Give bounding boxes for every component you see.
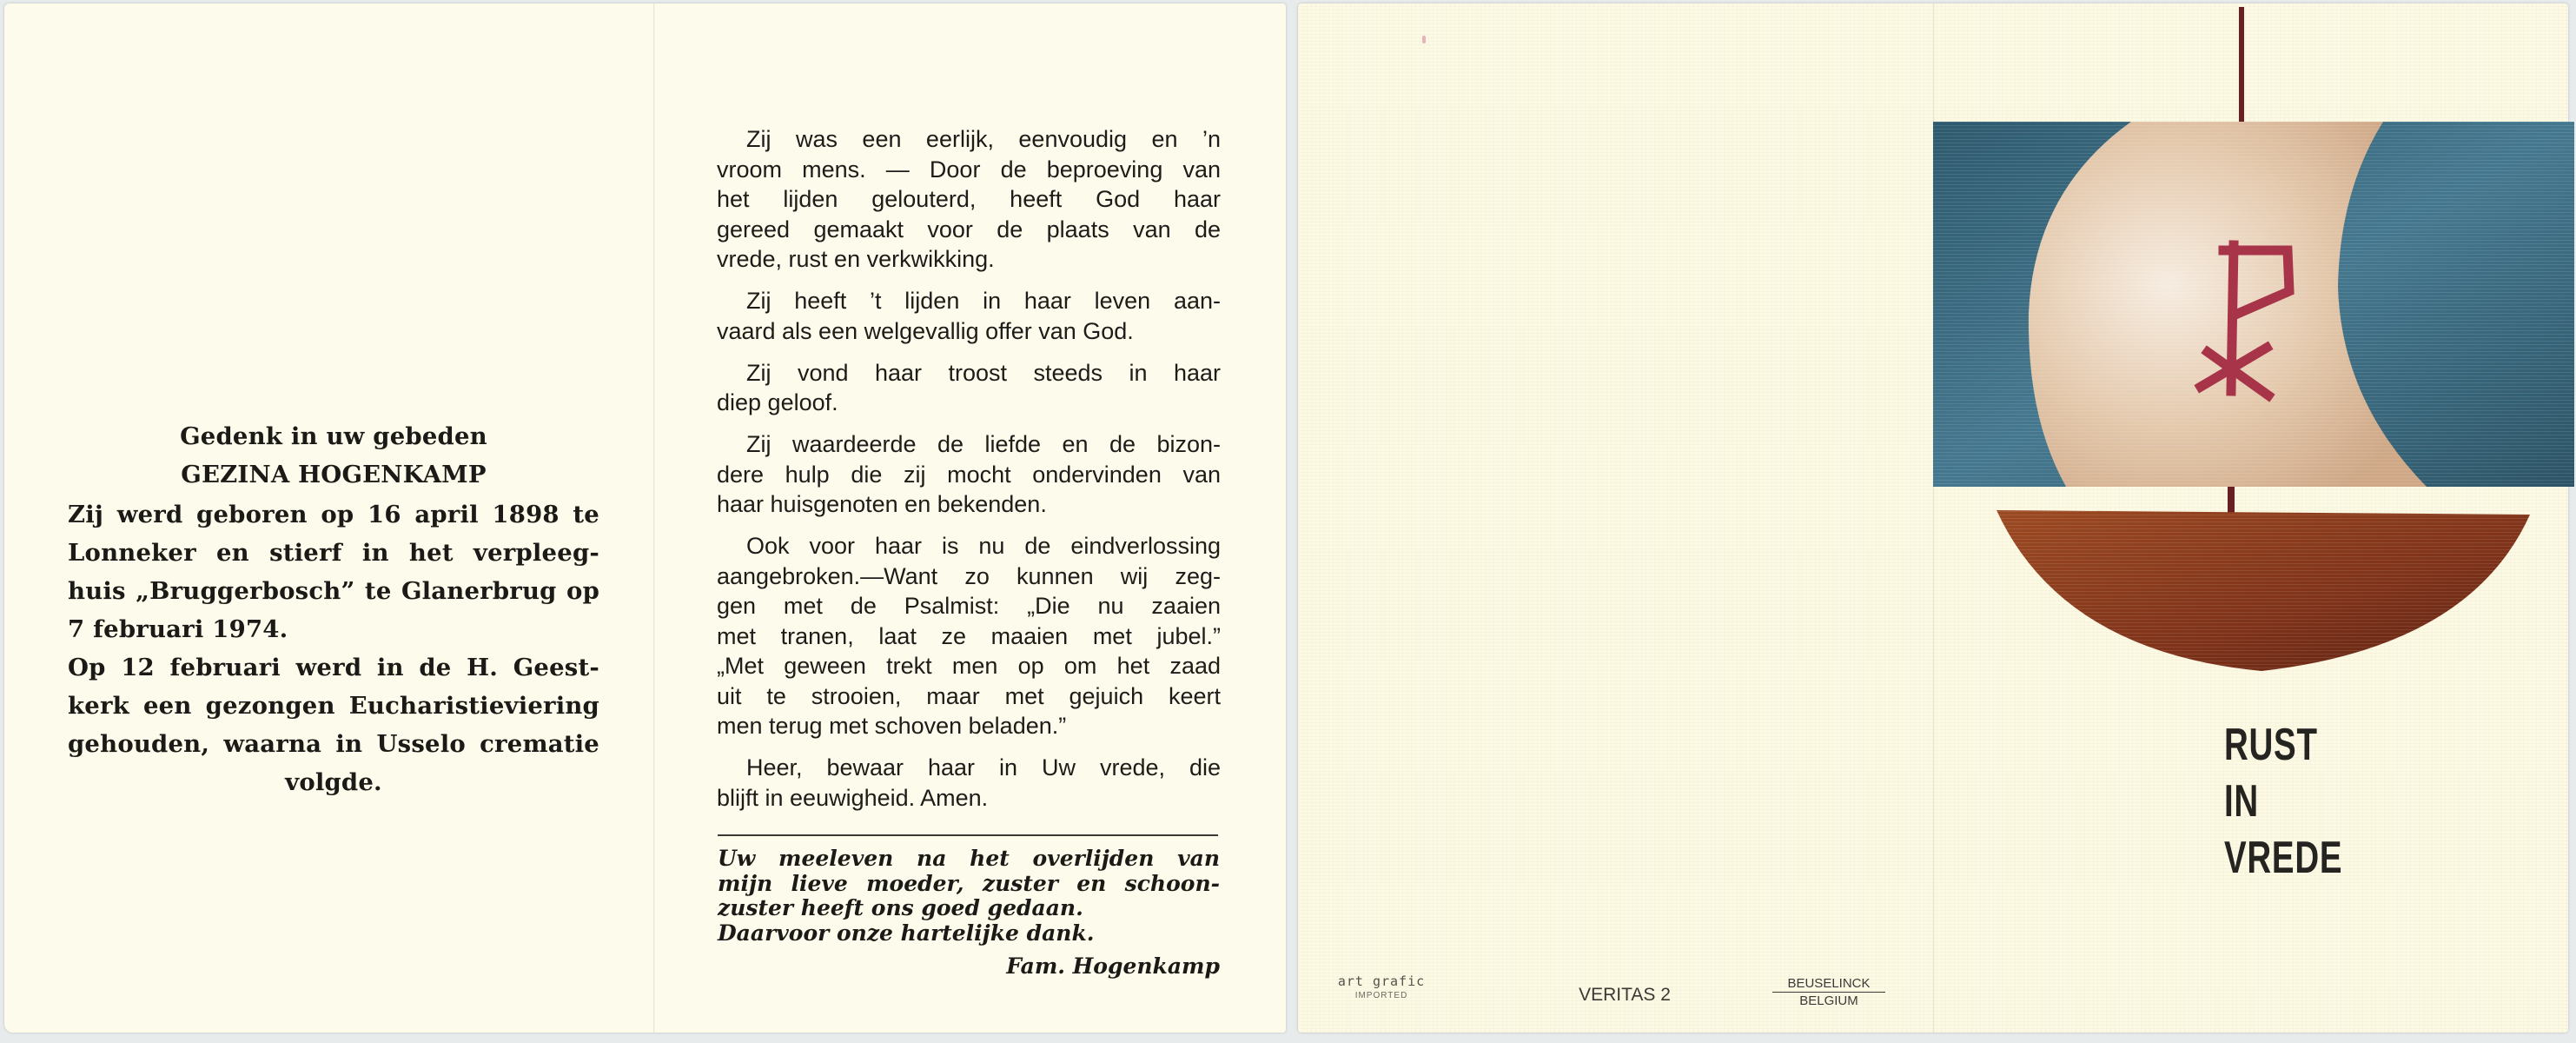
publisher-name: BEUSELINCK <box>1772 976 1885 993</box>
reflection-line: vrede, rust en verkwikking. <box>717 244 1221 275</box>
title-line: VREDE <box>2224 830 2342 887</box>
series-label: VERITAS 2 <box>1538 985 1712 1006</box>
divider-rule <box>718 834 1218 836</box>
publisher-mark: BEUSELINCK BELGIUM <box>1772 976 1885 1008</box>
reflection-line: men terug met schoven beladen.” <box>717 711 1221 741</box>
mast <box>2239 7 2244 124</box>
reflection-line: Zij vond haar troost steeds in haar <box>717 358 1221 389</box>
reflection-line: „Met geween trekt men op om het zaad <box>717 651 1221 681</box>
reflection-paragraph: Ook voor haar is nu de eindverlossingaan… <box>717 531 1221 741</box>
reflection-line: diep geloof. <box>717 388 1221 418</box>
reflection-line: Zij heeft ’t lijden in haar leven aan- <box>717 286 1221 316</box>
ink-speck <box>1422 36 1426 43</box>
thanks-text: Uw meeleven na het overlijden van mijn l… <box>718 847 1220 980</box>
reflection-paragraph: Zij vond haar troost steeds in haardiep … <box>717 358 1221 418</box>
reflection-line: dere hulp die zij mocht ondervinden van <box>717 460 1221 490</box>
title-line: IN <box>2224 774 2342 830</box>
reflection-paragraph: Zij waardeerde de liefde en de bizon-der… <box>717 429 1221 520</box>
memorial-line: 7 februari 1974. <box>68 610 599 648</box>
reflection-line: Zij waardeerde de liefde en de bizon- <box>717 429 1221 460</box>
memorial-line: kerk een gezongen Eucharistieviering <box>68 687 599 725</box>
thanks-line: zuster heeft ons goed gedaan. <box>718 896 1220 921</box>
imported-label: IMPORTED <box>1321 991 1442 1000</box>
reflection-line: haar huisgenoten en bekenden. <box>717 489 1221 520</box>
reflection-line: aangebroken.—Want zo kunnen wij zeg- <box>717 561 1221 592</box>
reflection-line: Ook voor haar is nu de eindverlossing <box>717 531 1221 561</box>
reflection-line: het lijden gelouterd, heeft God haar <box>717 184 1221 215</box>
reflection-line: uit te strooien, maar met gejuich keert <box>717 681 1221 712</box>
printer-logo: art grafic IMPORTED <box>1321 973 1442 1000</box>
deceased-name: GEZINA HOGENKAMP <box>68 455 599 494</box>
sailboat-illustration <box>1931 0 2574 687</box>
reflection-paragraph: Zij heeft ’t lijden in haar leven aan-va… <box>717 286 1221 346</box>
memorial-line: Op 12 februari werd in de H. Geest- <box>68 648 599 687</box>
publisher-country: BELGIUM <box>1772 993 1885 1008</box>
thanks-line: Uw meeleven na het overlijden van <box>718 847 1220 872</box>
signature: Fam. Hogenkamp <box>718 954 1220 980</box>
memorial-line: Zij werd geboren op 16 april 1898 te <box>68 495 599 534</box>
title-line: RUST <box>2224 717 2342 774</box>
reflection-text: Zij was een eerlijk, eenvoudig en ’nvroo… <box>717 124 1221 825</box>
thanks-line: mijn lieve moeder, zuster en schoon- <box>718 872 1220 897</box>
reflection-paragraph: Zij was een eerlijk, eenvoudig en ’nvroo… <box>717 124 1221 275</box>
card-title: RUST IN VREDE <box>2224 717 2342 887</box>
reflection-line: met tranen, laat ze maaien met jubel.” <box>717 621 1221 652</box>
reflection-line: gen met de Psalmist: „Die nu zaaien <box>717 591 1221 621</box>
fold-line <box>653 3 655 1033</box>
memorial-line: huis „Bruggerbosch” te Glanerbrug op <box>68 572 599 610</box>
reflection-line: vaard als een welgevallig offer van God. <box>717 316 1221 347</box>
reflection-line: blijft in eeuwigheid. Amen. <box>717 783 1221 814</box>
thanks-line: Daarvoor onze hartelijke dank. <box>718 921 1220 947</box>
memorial-line: gehouden, waarna in Usselo crematie <box>68 725 599 763</box>
memorial-heading: Gedenk in uw gebeden <box>68 417 599 455</box>
art-grafic-logo-icon: art grafic <box>1321 973 1442 989</box>
memorial-line: volgde. <box>68 763 599 801</box>
reflection-line: gereed gemaakt voor de plaats van de <box>717 215 1221 245</box>
reflection-line: vroom mens. — Door de beproeving van <box>717 155 1221 185</box>
reflection-line: Zij was een eerlijk, eenvoudig en ’n <box>717 124 1221 155</box>
memorial-line: Lonneker en stierf in het verpleeg- <box>68 534 599 572</box>
reflection-line: Heer, bewaar haar in Uw vrede, die <box>717 753 1221 783</box>
reflection-paragraph: Heer, bewaar haar in Uw vrede, dieblijft… <box>717 753 1221 813</box>
memorial-text: Gedenk in uw gebeden GEZINA HOGENKAMP Zi… <box>68 417 599 801</box>
